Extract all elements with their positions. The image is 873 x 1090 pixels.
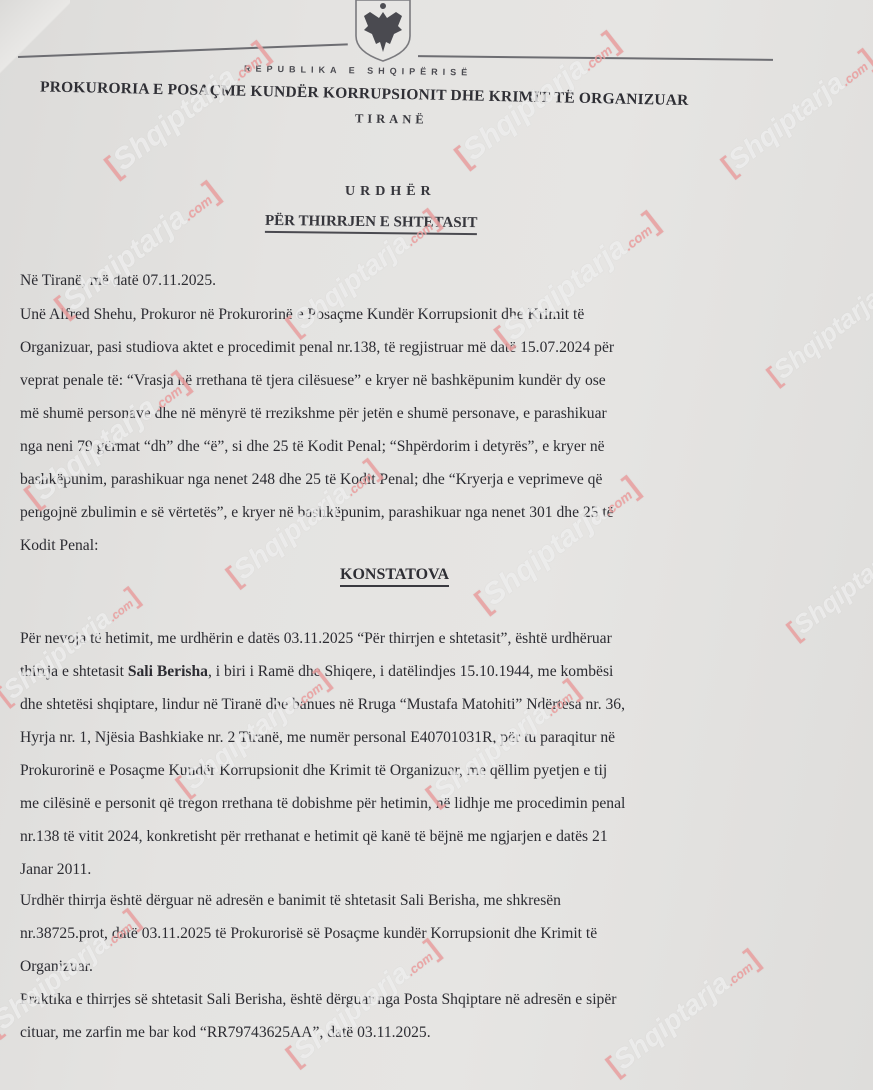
watermark: [Shqiptarja.com] <box>49 175 226 324</box>
findings-line: nr.38725.prot, datë 03.11.2025 të Prokur… <box>20 925 597 943</box>
findings-text: thirrja e shtetasit <box>20 663 128 680</box>
intro-line: bashkëpunim, parashikuar nga nenet 248 d… <box>20 471 602 489</box>
watermark: [Shqiptarja.com] <box>715 43 873 182</box>
findings-text: , i biri i Ramë dhe Shiqere, i datëlindj… <box>208 663 613 680</box>
place-date-text: Në Tiranë, më datë 07.11.2025. <box>20 272 216 290</box>
watermark: [Shqiptarja.com] <box>600 943 765 1082</box>
header-rule-right <box>418 55 773 61</box>
intro-line: veprat penale të: “Vrasja në rrethana të… <box>20 372 606 390</box>
findings-line: dhe shtetësi shqiptare, lindur në Tiranë… <box>20 696 625 714</box>
document-page: REPUBLIKA E SHQIPËRISË PROKURORIA E POSA… <box>0 0 873 1090</box>
city-label: TIRANË <box>355 111 428 127</box>
watermark: [Shqiptarja.com] <box>469 470 646 619</box>
albania-crest-icon <box>352 0 414 62</box>
findings-line: Organizuar. <box>20 958 93 976</box>
citizen-name: Sali Berisha <box>128 663 208 680</box>
watermark: [Shqiptarja.com] <box>781 516 873 646</box>
findings-line: Urdhër thirrja është dërguar në adresën … <box>20 892 561 910</box>
watermark: [Shqiptarja.com] <box>99 35 276 184</box>
findings-line: Hyrja nr. 1, Njësia Bashkiake nr. 2 Tira… <box>20 729 615 747</box>
page-fold <box>0 0 70 90</box>
intro-line: Organizuar, pasi studiova aktet e proced… <box>20 339 614 357</box>
institution-name: PROKURORIA E POSAÇME KUNDËR KORRUPSIONIT… <box>40 78 760 111</box>
findings-line: thirrja e shtetasit Sali Berisha, i biri… <box>20 663 613 681</box>
findings-line: cituar, me zarfin me bar kod “RR79743625… <box>20 1024 431 1042</box>
findings-line: Janar 2011. <box>20 861 91 879</box>
watermark: [Shqiptarja.com] <box>489 205 666 354</box>
findings-line: me cilësinë e personit që tregon rrethan… <box>20 795 625 813</box>
document-subtitle: PËR THIRRJEN E SHTETASIT <box>265 213 478 235</box>
findings-line: Prokurorinë e Posaçme Kundër Korrupsioni… <box>20 762 607 780</box>
republic-label: REPUBLIKA E SHQIPËRISË <box>244 63 534 78</box>
watermark: [Shqiptarja.com] <box>761 261 873 391</box>
intro-line: nga neni 79 gërmat “dh” dhe “ë”, si dhe … <box>20 438 605 456</box>
findings-line: Praktika e thirrjes së shtetasit Sali Be… <box>20 991 616 1009</box>
section-heading: KONSTATOVA <box>340 566 449 587</box>
findings-line: nr.138 të vitit 2024, konkretisht për rr… <box>20 828 608 846</box>
intro-line: më shumë personave dhe në mënyrë të rrez… <box>20 405 607 423</box>
intro-line: Unë Alfred Shehu, Prokuror në Prokurorin… <box>20 306 584 324</box>
document-title: URDHËR <box>345 184 436 200</box>
intro-line: Kodit Penal: <box>20 537 98 555</box>
findings-line: Për nevoja të hetimit, me urdhërin e dat… <box>20 630 612 648</box>
intro-line: pengojnë zbulimin e së vërtetës”, e krye… <box>20 504 614 522</box>
